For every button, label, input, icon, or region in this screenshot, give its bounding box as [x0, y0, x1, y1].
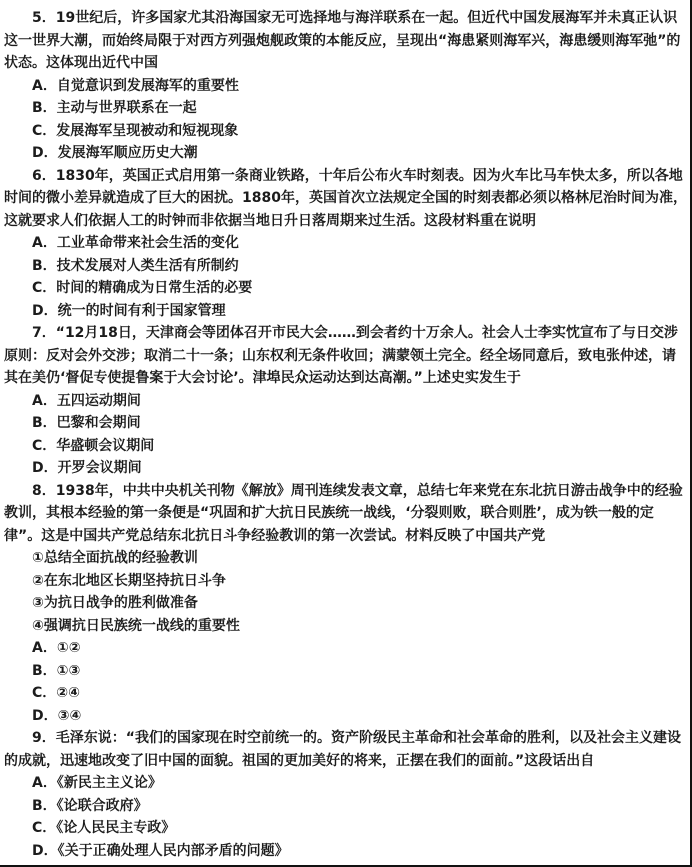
- question-7-stem: 7．“12月18日，天津商会等团体召开市民大会……到会者约十万余人。社会人士李实…: [4, 322, 687, 390]
- question-8-option-c: C．②④: [4, 682, 687, 705]
- question-9: 9．毛泽东说：“我们的国家现在时空前统一的。资产阶级民主革命和社会革命的胜利，以…: [4, 727, 687, 862]
- question-8-sub-item-2: ②在东北地区长期坚持抗日斗争: [4, 570, 687, 593]
- question-7-option-d: D．开罗会议期间: [4, 457, 687, 480]
- question-7-option-b: B．巴黎和会期间: [4, 412, 687, 435]
- question-8-option-d: D．③④: [4, 705, 687, 728]
- question-5-option-d: D．发展海军顺应历史大潮: [4, 142, 687, 165]
- question-5-option-c: C．发展海军呈现被动和短视现象: [4, 120, 687, 143]
- question-5: 5．19世纪后，许多国家尤其沿海国家无可选择地与海洋联系在一起。但近代中国发展海…: [4, 7, 687, 165]
- question-6-stem: 6．1830年，英国正式启用第一条商业铁路，十年后公布火车时刻表。因为火车比马车…: [4, 165, 687, 233]
- question-8: 8．1938年，中共中央机关刊物《解放》周刊连续发表文章，总结七年来党在东北抗日…: [4, 480, 687, 728]
- question-9-option-c: C．《论人民民主专政》: [4, 817, 687, 840]
- question-8-option-a: A．①②: [4, 637, 687, 660]
- question-5-option-a: A．自觉意识到发展海军的重要性: [4, 75, 687, 98]
- question-7: 7．“12月18日，天津商会等团体召开市民大会……到会者约十万余人。社会人士李实…: [4, 322, 687, 480]
- question-8-sub-item-4: ④强调抗日民族统一战线的重要性: [4, 615, 687, 638]
- question-7-option-a: A．五四运动期间: [4, 390, 687, 413]
- question-9-option-d: D．《关于正确处理人民内部矛盾的问题》: [4, 840, 687, 863]
- question-9-option-a: A．《新民主主义论》: [4, 772, 687, 795]
- exam-document-page: 5．19世纪后，许多国家尤其沿海国家无可选择地与海洋联系在一起。但近代中国发展海…: [0, 0, 692, 867]
- question-6-option-b: B．技术发展对人类生活有所制约: [4, 255, 687, 278]
- question-5-option-b: B．主动与世界联系在一起: [4, 97, 687, 120]
- question-9-stem: 9．毛泽东说：“我们的国家现在时空前统一的。资产阶级民主革命和社会革命的胜利，以…: [4, 727, 687, 772]
- question-8-option-b: B．①③: [4, 660, 687, 683]
- question-6-option-c: C．时间的精确成为日常生活的必要: [4, 277, 687, 300]
- question-6-option-d: D．统一的时间有利于国家管理: [4, 300, 687, 323]
- question-7-option-c: C．华盛顿会议期间: [4, 435, 687, 458]
- question-8-sub-item-3: ③为抗日战争的胜利做准备: [4, 592, 687, 615]
- question-5-stem: 5．19世纪后，许多国家尤其沿海国家无可选择地与海洋联系在一起。但近代中国发展海…: [4, 7, 687, 75]
- question-8-sub-item-1: ①总结全面抗战的经验教训: [4, 547, 687, 570]
- question-6-option-a: A．工业革命带来社会生活的变化: [4, 232, 687, 255]
- question-8-stem: 8．1938年，中共中央机关刊物《解放》周刊连续发表文章，总结七年来党在东北抗日…: [4, 480, 687, 548]
- question-9-option-b: B．《论联合政府》: [4, 795, 687, 818]
- question-6: 6．1830年，英国正式启用第一条商业铁路，十年后公布火车时刻表。因为火车比马车…: [4, 165, 687, 323]
